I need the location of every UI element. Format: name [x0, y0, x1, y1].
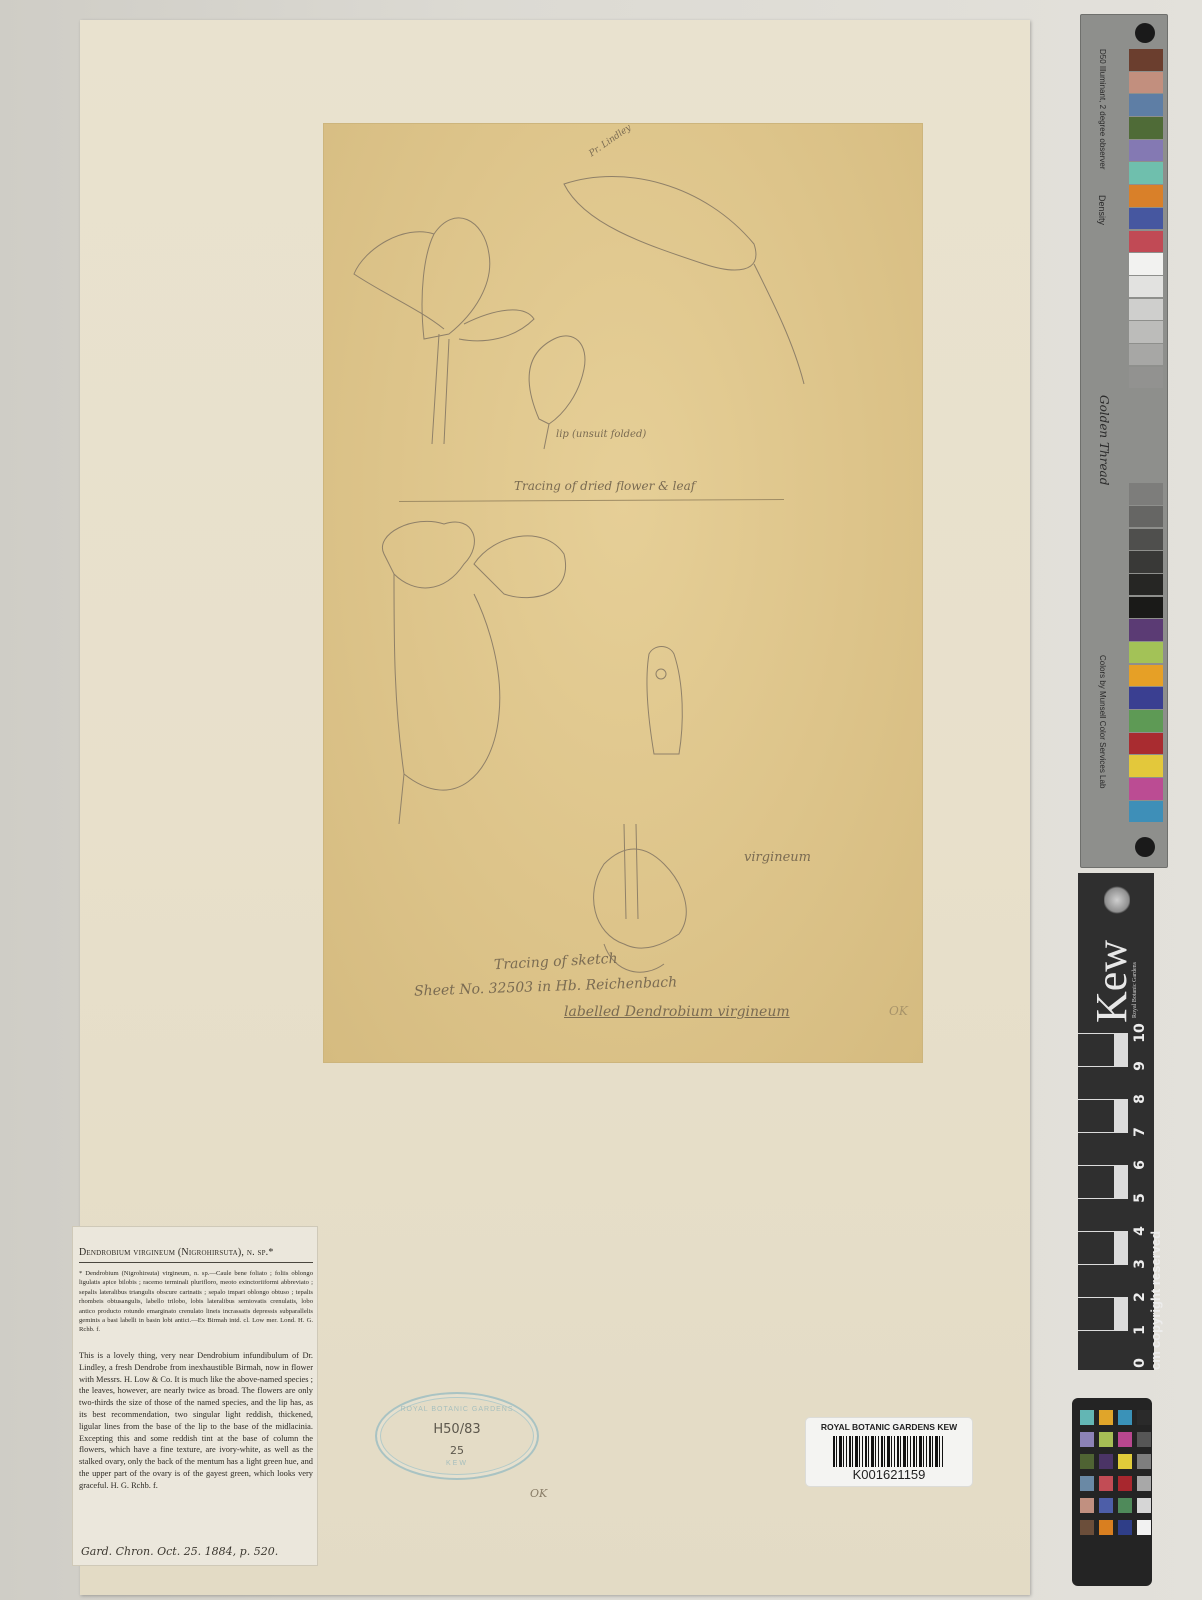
- scale-number: 7: [1132, 1122, 1148, 1142]
- checker-cell: [1080, 1476, 1094, 1491]
- ruler-swatch: [1129, 642, 1163, 664]
- color-checker-card: [1072, 1398, 1152, 1586]
- scale-number: 3: [1132, 1254, 1148, 1274]
- ruler-swatch: [1129, 506, 1163, 528]
- printed-clipping-label: Dendrobium virgineum (Nigrohirsuta), n. …: [72, 1226, 318, 1566]
- caption-upper: Tracing of dried flower & leaf: [514, 479, 695, 493]
- color-checker-grid: [1080, 1410, 1151, 1535]
- checker-cell: [1080, 1410, 1094, 1425]
- checker-cell: [1080, 1520, 1094, 1535]
- scale-number: 10: [1132, 1023, 1148, 1043]
- ruler-swatch: [1129, 253, 1163, 275]
- color-calibration-ruler: D50 Illuminant, 2 degree observer Densit…: [1080, 14, 1168, 868]
- ruler-dot-bottom-icon: [1135, 837, 1155, 857]
- scale-number: 2: [1132, 1287, 1148, 1307]
- scale-number: 1: [1132, 1320, 1148, 1340]
- kew-crest-icon: [1104, 885, 1130, 915]
- checker-cell: [1118, 1498, 1132, 1513]
- scale-segment: [1078, 1132, 1128, 1166]
- cm-scale: 109876543210: [1078, 1033, 1128, 1363]
- scale-segment: [1078, 1297, 1128, 1331]
- ruler-swatch: [1129, 367, 1163, 389]
- checker-cell: [1099, 1454, 1113, 1469]
- caption-lower-line3: labelled Dendrobium virgineum: [564, 1004, 790, 1020]
- ruler-swatch: [1129, 344, 1163, 366]
- ruler-swatch: [1129, 483, 1163, 505]
- ruler-swatch: [1129, 733, 1163, 755]
- ruler-swatch: [1129, 49, 1163, 71]
- checker-cell: [1080, 1454, 1094, 1469]
- ruler-swatch: [1129, 117, 1163, 139]
- ruler-dot-top-icon: [1135, 23, 1155, 43]
- checker-cell: [1080, 1432, 1094, 1447]
- ruler-swatch: [1129, 529, 1163, 551]
- ruler-swatch: [1129, 574, 1163, 596]
- checker-cell: [1137, 1410, 1151, 1425]
- scale-number: 5: [1132, 1188, 1148, 1208]
- scale-number: 0: [1132, 1353, 1148, 1373]
- kew-subtitle: Royal Botanic Gardens: [1132, 962, 1138, 1018]
- barcode-number: K001621159: [806, 1467, 972, 1482]
- checker-cell: [1137, 1498, 1151, 1513]
- checker-cell: [1118, 1520, 1132, 1535]
- checker-cell: [1099, 1410, 1113, 1425]
- stamp-number: H50/83: [377, 1422, 537, 1437]
- checker-cell: [1118, 1454, 1132, 1469]
- corner-mark: OK: [889, 1004, 908, 1018]
- pencil-sketch-drawings: [324, 124, 922, 1062]
- clipping-title: Dendrobium virgineum (Nigrohirsuta), n. …: [79, 1247, 313, 1263]
- ruler-swatch: [1129, 665, 1163, 687]
- scale-segment: [1078, 1198, 1128, 1232]
- barcode-icon: [833, 1436, 945, 1467]
- checker-cell: [1099, 1432, 1113, 1447]
- scale-number: 4: [1132, 1221, 1148, 1241]
- pencil-mark: OK: [530, 1487, 547, 1500]
- ruler-swatch: [1129, 710, 1163, 732]
- ruler-swatch: [1129, 94, 1163, 116]
- ruler-brand: Golden Thread: [1097, 395, 1111, 485]
- barcode-label: ROYAL BOTANIC GARDENS KEW K001621159: [805, 1417, 973, 1487]
- scale-segment: [1078, 1231, 1128, 1265]
- barcode-title: ROYAL BOTANIC GARDENS KEW: [806, 1422, 972, 1432]
- scale-segment: [1078, 1099, 1128, 1133]
- ruler-swatch: [1129, 801, 1163, 823]
- note-lip-folded: lip (unsuit folded): [556, 429, 646, 440]
- scale-number: 9: [1132, 1056, 1148, 1076]
- checker-cell: [1099, 1476, 1113, 1491]
- copyright-text: copyright reserved: [1148, 1231, 1163, 1348]
- ruler-swatch: [1129, 162, 1163, 184]
- ruler-header: D50 Illuminant, 2 degree observer: [1098, 49, 1107, 170]
- checker-cell: [1099, 1498, 1113, 1513]
- ruler-swatch: [1129, 597, 1163, 619]
- checker-cell: [1137, 1432, 1151, 1447]
- checker-cell: [1118, 1410, 1132, 1425]
- clipping-english-description: This is a lovely thing, very near Dendro…: [79, 1350, 313, 1492]
- ruler-density-label: Density: [1097, 195, 1107, 225]
- note-virgineum: virgineum: [744, 850, 811, 865]
- scale-segment: [1078, 1033, 1128, 1067]
- ruler-footer: Colors by Munsell Color Services Lab: [1098, 655, 1107, 788]
- scale-segment: [1078, 1066, 1128, 1100]
- checker-cell: [1137, 1476, 1151, 1491]
- kew-logo: Kew: [1086, 940, 1137, 1023]
- herbarium-stamp: ROYAL BOTANIC GARDENS H50/83 25 KEW: [375, 1392, 539, 1480]
- scale-number: 8: [1132, 1089, 1148, 1109]
- scale-segment: [1078, 1330, 1128, 1364]
- stamp-sub-number: 25: [377, 1444, 537, 1457]
- checker-cell: [1137, 1520, 1151, 1535]
- tracing-paper-sketch: Pr. Lindley lip (unsuit folded) Tracing …: [323, 123, 923, 1063]
- ruler-swatch: [1129, 551, 1163, 573]
- checker-cell: [1099, 1520, 1113, 1535]
- ruler-swatch: [1129, 778, 1163, 800]
- ruler-swatches: [1129, 49, 1163, 823]
- stamp-top-text: ROYAL BOTANIC GARDENS: [377, 1406, 537, 1413]
- kew-scale-bar: Kew Royal Botanic Gardens 109876543210 c…: [1078, 873, 1154, 1370]
- ruler-swatch: [1129, 299, 1163, 321]
- scale-segment: [1078, 1165, 1128, 1199]
- ruler-swatch: [1129, 619, 1163, 641]
- scale-segment: [1078, 1264, 1128, 1298]
- ruler-swatch: [1129, 321, 1163, 343]
- ruler-swatch: [1129, 276, 1163, 298]
- stamp-bottom-text: KEW: [377, 1460, 537, 1467]
- checker-cell: [1118, 1432, 1132, 1447]
- ruler-swatch: [1129, 208, 1163, 230]
- ruler-swatch: [1129, 687, 1163, 709]
- checker-cell: [1118, 1476, 1132, 1491]
- clipping-handwritten-citation: Gard. Chron. Oct. 25. 1884, p. 520.: [81, 1545, 315, 1558]
- scale-number: 6: [1132, 1155, 1148, 1175]
- ruler-swatch: [1129, 755, 1163, 777]
- ruler-swatch: [1129, 140, 1163, 162]
- checker-cell: [1137, 1454, 1151, 1469]
- checker-cell: [1080, 1498, 1094, 1513]
- ruler-swatch: [1129, 185, 1163, 207]
- ruler-swatch: [1129, 231, 1163, 253]
- clipping-latin-description: * Dendrobium (Nigrohirsuta) virgineum, n…: [79, 1269, 313, 1335]
- scale-unit: cm: [1148, 1351, 1163, 1370]
- ruler-swatch: [1129, 72, 1163, 94]
